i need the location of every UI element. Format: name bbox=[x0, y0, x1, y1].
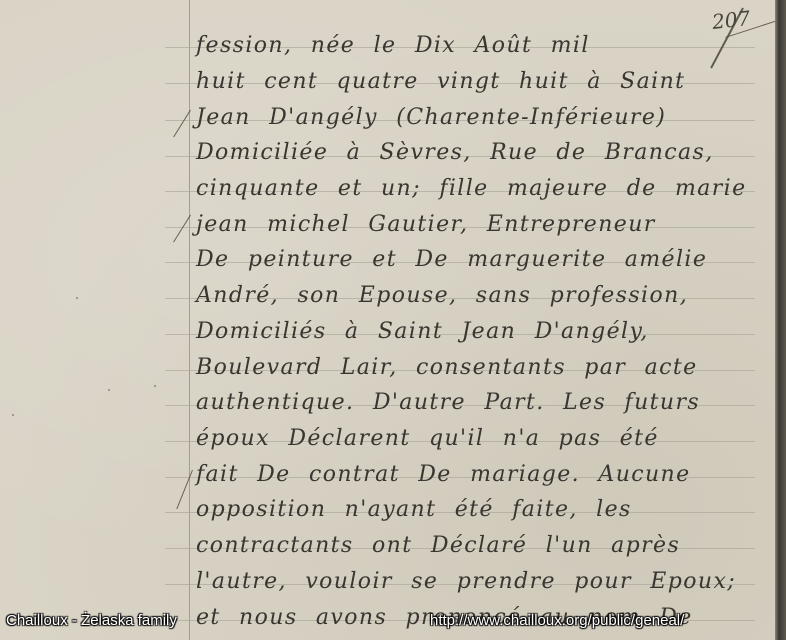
paper-speck bbox=[154, 385, 156, 387]
text-line: André, son Epouse, sans profession, bbox=[196, 278, 688, 314]
text-line: époux Déclarent qu'il n'a pas été bbox=[196, 421, 659, 457]
text-line: huit cent quatre vingt huit à Saint bbox=[196, 64, 685, 100]
text-line: l'autre, vouloir se prendre pour Epoux; bbox=[196, 564, 736, 600]
watermark-family: Chailloux - Żelaska family bbox=[6, 612, 177, 629]
paper-speck bbox=[108, 389, 110, 391]
text-line: Boulevard Lair, consentants par acte bbox=[196, 350, 698, 386]
watermark-url: http://www.chailloux.org/public/geneal/ bbox=[430, 612, 684, 629]
paper-speck bbox=[76, 297, 78, 299]
page-edge bbox=[775, 0, 786, 640]
text-line: fession, née le Dix Août mil bbox=[196, 28, 590, 64]
text-line: Domiciliés à Saint Jean D'angély, bbox=[196, 314, 649, 350]
text-line: cinquante et un; fille majeure de marie bbox=[196, 171, 747, 207]
text-line: authentique. D'autre Part. Les futurs bbox=[196, 385, 700, 421]
text-line: opposition n'ayant été faite, les bbox=[196, 492, 632, 528]
ink-flourish bbox=[176, 470, 193, 509]
text-line: Domiciliée à Sèvres, Rue de Brancas, bbox=[196, 135, 714, 171]
text-line: fait De contrat De mariage. Aucune bbox=[196, 457, 691, 493]
document-page: fession, née le Dix Août mil huit cent q… bbox=[0, 0, 775, 640]
paper-speck bbox=[12, 414, 14, 416]
text-line: contractants ont Déclaré l'un après bbox=[196, 528, 680, 564]
text-line: Jean D'angély (Charente-Inférieure) bbox=[196, 100, 666, 136]
margin-rule bbox=[189, 0, 190, 640]
text-line: De peinture et De marguerite amélie bbox=[196, 242, 707, 278]
text-line: jean michel Gautier, Entrepreneur bbox=[196, 207, 656, 243]
